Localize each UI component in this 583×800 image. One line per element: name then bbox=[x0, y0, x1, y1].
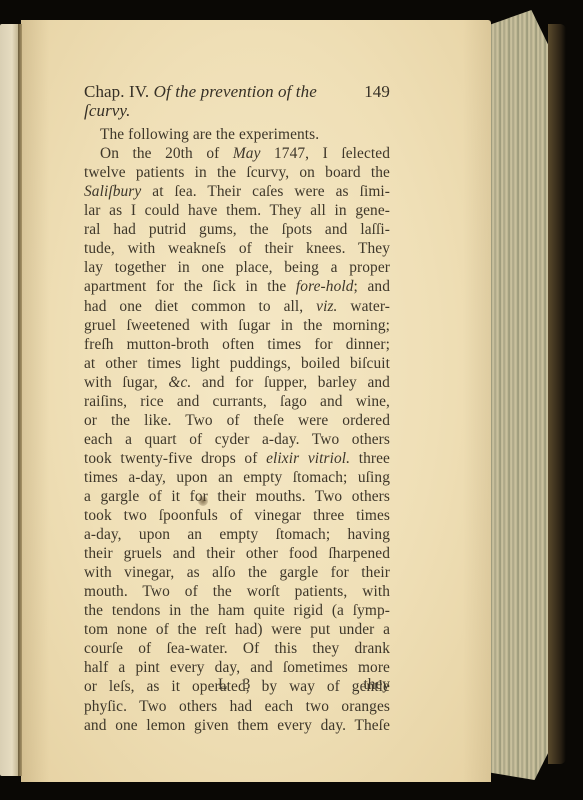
text-line: phyſic. Two others had each two oranges bbox=[84, 697, 390, 716]
text-line: took twenty-five drops of elixir vitriol… bbox=[84, 449, 390, 468]
text-line: raiſins, rice and currants, ſago and win… bbox=[84, 392, 390, 411]
signature-mark: L 3 bbox=[218, 676, 256, 694]
text-line: a gargle of it for their mouths. Two oth… bbox=[84, 487, 390, 506]
running-head-chapter-title: Chap. IV. Of the prevention of the ſcurv… bbox=[84, 82, 364, 120]
chapter-label: Chap. IV. bbox=[84, 82, 149, 101]
text-line: the tendons in the ham quite rigid (a ſy… bbox=[84, 601, 390, 620]
running-head: Chap. IV. Of the prevention of the ſcurv… bbox=[84, 82, 390, 120]
text-line: times a-day, upon an empty ſtomach; uſin… bbox=[84, 468, 390, 487]
text-line: lay together in one place, being a prope… bbox=[84, 258, 390, 277]
page-number: 149 bbox=[364, 82, 390, 101]
text-line: apartment for the ſick in the fore-hold;… bbox=[84, 277, 390, 296]
text-line: at other times light puddings, boiled bi… bbox=[84, 354, 390, 373]
text-line: a-day, upon an empty ſtomach; having bbox=[84, 525, 390, 544]
text-line: tom none of the reſt had) were put under… bbox=[84, 620, 390, 639]
left-page-edge bbox=[0, 24, 20, 776]
text-line: gruel ſweetened with ſugar in the mornin… bbox=[84, 316, 390, 335]
text-line: Saliſbury at ſea. Their caſes were as ſi… bbox=[84, 182, 390, 201]
text-line: mouth. Two of the worſt patients, with bbox=[84, 582, 390, 601]
text-line: with vinegar, as alſo the gargle for the… bbox=[84, 563, 390, 582]
text-line: had one diet common to all, viz. water- bbox=[84, 297, 390, 316]
book-scan: Chap. IV. Of the prevention of the ſcurv… bbox=[0, 0, 583, 800]
text-line: On the 20th of May 1747, I ſelected bbox=[84, 144, 390, 163]
ink-stain bbox=[198, 496, 208, 506]
page-text-block: Chap. IV. Of the prevention of the ſcurv… bbox=[84, 82, 390, 735]
text-line: ral had putrid gums, the ſpots and laſſi… bbox=[84, 220, 390, 239]
book-gutter bbox=[18, 24, 22, 776]
page-footer: L 3 they bbox=[84, 676, 390, 696]
text-line: lar as I could have them. They all in ge… bbox=[84, 201, 390, 220]
body-text: The following are the experiments.On the… bbox=[84, 125, 390, 735]
text-line: courſe of ſea-water. Of this they drank bbox=[84, 639, 390, 658]
page-fore-edge bbox=[488, 10, 550, 780]
text-line: their gruels and their other food ſharpe… bbox=[84, 544, 390, 563]
text-line: freſh mutton-broth often times for dinne… bbox=[84, 335, 390, 354]
book-cover-edge bbox=[548, 24, 566, 764]
text-line: or the like. Two of theſe were ordered bbox=[84, 411, 390, 430]
catchword: they bbox=[364, 676, 391, 694]
text-line: took two ſpoonfuls of vinegar three time… bbox=[84, 506, 390, 525]
text-line: tude, with weakneſs of their knees. They bbox=[84, 239, 390, 258]
text-line: The following are the experiments. bbox=[84, 125, 390, 144]
text-line: and one lemon given them every day. Theſ… bbox=[84, 716, 390, 735]
text-line: with ſugar, &c. and for ſupper, barley a… bbox=[84, 373, 390, 392]
text-line: half a pint every day, and ſometimes mor… bbox=[84, 658, 390, 677]
text-line: each a quart of cyder a-day. Two others bbox=[84, 430, 390, 449]
text-line: twelve patients in the ſcurvy, on board … bbox=[84, 163, 390, 182]
